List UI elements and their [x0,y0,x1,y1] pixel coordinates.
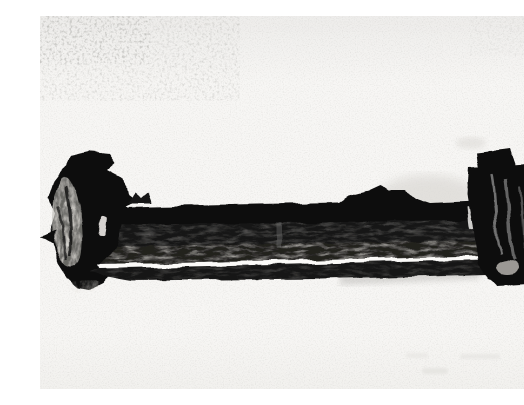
post-top-haze [456,137,486,149]
photo-canvas [40,16,524,389]
right-post-light-patch [496,260,518,274]
topleft-grain-patch-dense [40,16,150,64]
topright-grain-patch [470,16,524,56]
mid-rail-joint-mark [276,222,281,248]
faint-mark-3 [460,354,500,359]
left-bottom-fringe [68,279,100,293]
faint-mark-1 [422,368,448,374]
faint-mark-4 [406,353,428,358]
photograph [40,16,524,389]
